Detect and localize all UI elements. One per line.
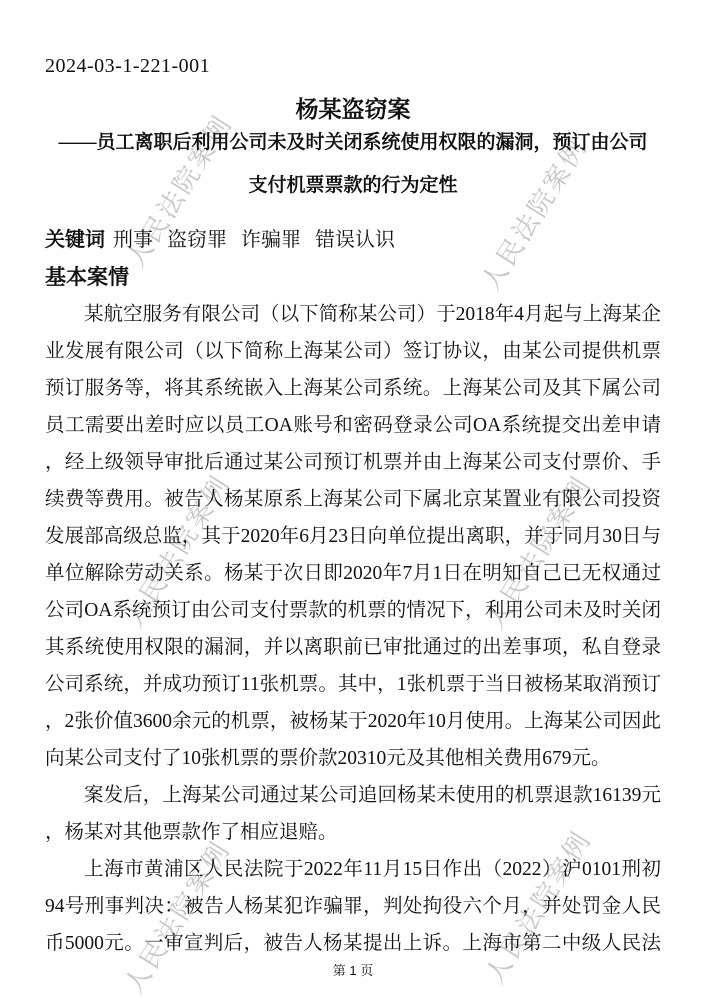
page-number: 第 1 页 [0, 960, 706, 979]
subtitle: ——员工离职后利用公司未及时关闭系统使用权限的漏洞，预订由公司支付机票票款的行为… [45, 121, 661, 207]
body-paragraphs: 某航空服务有限公司（以下简称某公司）于2018年4月起与上海某企业发展有限公司（… [45, 296, 661, 962]
body-flow: 关键词刑事盗窃罪诈骗罪错误认识 基本案情 某航空服务有限公司（以下简称某公司）于… [45, 222, 661, 962]
case-title: 杨某盗窃案 [45, 91, 661, 124]
document-content: 2024-03-1-221-001 杨某盗窃案 ——员工离职后利用公司未及时关闭… [0, 0, 706, 999]
body-line: 公司OA系统预订由公司支付票款的机票的情况下，利用公司未及时关闭 [45, 592, 661, 629]
body-line: ，2张价值3600余元的机票，被杨某于2020年10月使用。上海某公司因此 [45, 703, 661, 740]
body-line: 公司系统，并成功预订11张机票。其中，1张机票于当日被杨某取消预订 [45, 666, 661, 703]
body-line: ，杨某对其他票款作了相应退赔。 [45, 814, 661, 851]
keyword-term: 诈骗罪 [241, 229, 301, 251]
subtitle-line: 支付机票票款的行为定性 [45, 164, 661, 207]
document-page: 人民法院案例 人民法院案例 人民法院案例 人民法院案例 人民法院案例 人民法院案… [0, 0, 706, 999]
keywords-label: 关键词 [45, 229, 105, 251]
subtitle-line: ——员工离职后利用公司未及时关闭系统使用权限的漏洞，预订由公司 [45, 121, 661, 164]
keyword-term: 刑事 [113, 229, 153, 251]
keyword-term: 错误认识 [315, 229, 395, 251]
body-line: 员工需要出差时应以员工OA账号和密码登录公司OA系统提交出差申请 [45, 407, 661, 444]
body-line: 币5000元。一审宣判后，被告人杨某提出上诉。上海市第二中级人民法 [45, 925, 661, 962]
body-line: 续费等费用。被告人杨某原系上海某公司下属北京某置业有限公司投资 [45, 481, 661, 518]
body-line: 94号刑事判决：被告人杨某犯诈骗罪，判处拘役六个月，并处罚金人民 [45, 888, 661, 925]
body-line: 上海市黄浦区人民法院于2022年11月15日作出（2022）沪0101刑初 [45, 851, 661, 888]
body-line: 发展部高级总监，其于2020年6月23日向单位提出离职，并于同月30日与 [45, 518, 661, 555]
body-line: ，经上级领导审批后通过某公司预订机票并由上海某公司支付票价、手 [45, 444, 661, 481]
body-line: 预订服务等，将其系统嵌入上海某公司系统。上海某公司及其下属公司 [45, 370, 661, 407]
body-line: 案发后，上海某公司通过某公司追回杨某未使用的机票退款16139元 [45, 777, 661, 814]
keywords-line: 关键词刑事盗窃罪诈骗罪错误认识 [45, 222, 661, 259]
paragraph: 案发后，上海某公司通过某公司追回杨某未使用的机票退款16139元，杨某对其他票款… [45, 777, 661, 851]
body-line: 向某公司支付了10张机票的票价款20310元及其他相关费用679元。 [45, 740, 661, 777]
paragraph: 上海市黄浦区人民法院于2022年11月15日作出（2022）沪0101刑初94号… [45, 851, 661, 962]
body-line: 其系统使用权限的漏洞，并以离职前已审批通过的出差事项，私自登录 [45, 629, 661, 666]
body-line: 某航空服务有限公司（以下简称某公司）于2018年4月起与上海某企 [45, 296, 661, 333]
section-heading: 基本案情 [45, 259, 661, 296]
paragraph: 某航空服务有限公司（以下简称某公司）于2018年4月起与上海某企业发展有限公司（… [45, 296, 661, 777]
keyword-term: 盗窃罪 [167, 229, 227, 251]
keyword-terms: 刑事盗窃罪诈骗罪错误认识 [113, 229, 409, 251]
doc-number: 2024-03-1-221-001 [45, 55, 210, 78]
body-line: 业发展有限公司（以下简称上海某公司）签订协议，由某公司提供机票 [45, 333, 661, 370]
body-line: 单位解除劳动关系。杨某于次日即2020年7月1日在明知自己已无权通过 [45, 555, 661, 592]
